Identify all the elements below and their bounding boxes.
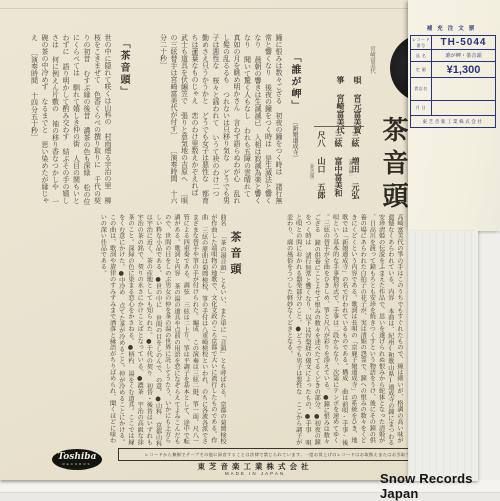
credits-divider-line [314,126,364,127]
order-form-row-value [432,78,495,100]
order-form-row-value: TH-5044 [432,36,495,49]
order-form-row-label: 品 名 [411,50,432,61]
credit-note-taga-misaki: 〔誰が岬〕 [345,156,353,196]
cover-top-edge [0,8,478,9]
toshiba-records-logo: Toshiba RECORDS [52,449,102,470]
lyrics-cha-ondo: 世の中に隠れて咲くは山科の 村雨煙る宇治の里 柳桜をこきまぜて 色香くらべの撰り… [24,34,113,206]
reorder-form-label: 補充注文票 レコード番号 TH-5044 品 名 誰が岬・茶音頭 定 価 [410,24,496,128]
cover-main-title: 茶音頭 [378,116,412,226]
section1-title: 「誰が岬」 [289,52,300,112]
order-slip-paper: 補充注文票 レコード番号 TH-5044 品 名 誰が岬・茶音頭 定 価 [408,0,500,231]
toshiba-logo-script: Toshiba [58,453,97,462]
liner-notes-taga-misaki: 高崎富美代の箏の手はこのうちでもすぐれたもので、線は細いが、格調の高い味が遺憾な… [246,214,404,448]
section1-subtitle: 〔新娘道成寺〕 [291,112,298,161]
order-form-row: 品 名 誰が岬・茶音頭 [411,50,495,62]
reorder-form-table: レコード番号 TH-5044 品 名 誰が岬・茶音頭 定 価 ¥1,300 [410,35,496,116]
order-form-row-value: ¥1,300 [432,62,495,77]
order-form-row: レコード番号 TH-5044 [411,36,495,50]
lyrics-taga-misaki: 鐘に恨みは数々ござる 初夜の鐘をつく時は 諸行無常と響くなり 後夜の鐘をつく時は… [150,34,284,206]
order-form-row-label: レコード番号 [411,36,432,49]
order-form-footer: 東芝音楽工業株式会社 [410,116,496,128]
credit-note-cha-ondo: 〔茶音頭〕 [306,160,314,200]
section-heading-taga-misaki: 「誰が岬」 〔新娘道成寺〕 [285,52,304,161]
reorder-form-title: 補充注文票 [410,24,496,32]
arranger-corner-note: 宮崎富美代 [366,46,376,94]
record-sleeve-photo: 「誰が岬」 〔新娘道成寺〕 鐘に恨みは数々ござる 初夜の鐘をつく時は 諸行無常と… [0,0,500,501]
watermark-text: Snow Records Japan [380,471,500,501]
order-form-row: 貴店名 [411,78,495,101]
liner-notes-cha-ondo: 曲名 「茶の湯音頭」ともいい、また単に「音頭」とも呼ばれる。京都の菊岡検校が作曲… [26,214,227,448]
toshiba-logo-records-text: RECORDS [62,462,91,466]
section-heading-cha-ondo: 「茶音頭」 [114,38,133,98]
order-form-row-value [432,101,495,115]
inner-sleeve [408,231,478,481]
made-in-japan-text: MADE IN JAPAN [145,471,365,476]
order-form-row-label: 貴店名 [411,78,432,100]
order-form-row: 月 日 [411,101,495,115]
order-form-row-label: 月 日 [411,101,432,115]
section2-title: 「茶音頭」 [118,38,129,98]
order-form-row-value: 誰が岬・茶音頭 [432,50,495,61]
order-form-row: 定 価 ¥1,300 [411,62,495,78]
liner-notes-heading-cha-ondo: 茶音頭 [229,231,243,291]
order-form-row-label: 定 価 [411,62,432,77]
